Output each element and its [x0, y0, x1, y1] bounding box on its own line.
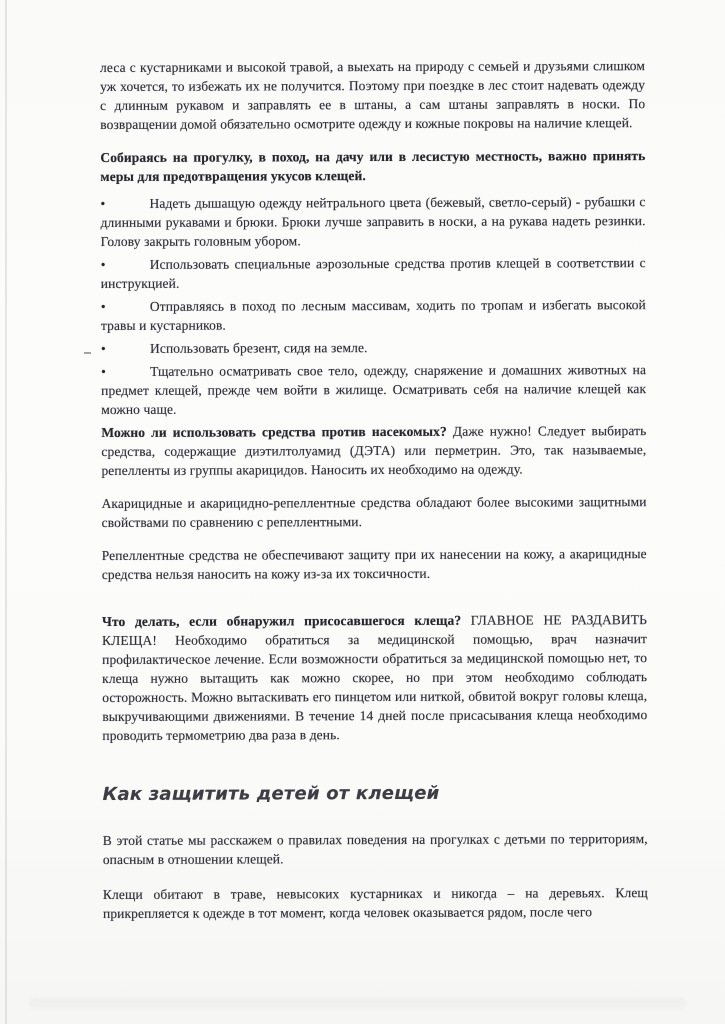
tick-question-lead: Что делать, если обнаружил присосавшегос… — [102, 613, 461, 629]
bullet-item: •Использовать брезент, сидя на земле. — [101, 337, 646, 358]
bullet-text: Надеть дышащую одежду нейтрального цвета… — [101, 194, 646, 249]
bullet-dot-icon: • — [101, 255, 150, 274]
bullet-text: Тщательно осматривать свое тело, одежду,… — [101, 362, 646, 417]
bullet-text: Использовать специальные аэрозольные сре… — [101, 255, 646, 291]
bullet-dot-icon: • — [101, 297, 150, 316]
scan-edge-artifact — [5, 0, 7, 1024]
paragraph-intro: леса с кустарниками и высокой травой, а … — [100, 56, 645, 134]
paragraph-acaricide: Акарицидные и акарицидно-репеллентные ср… — [102, 492, 647, 532]
bullet-item: •Надеть дышащую одежду нейтрального цвет… — [100, 192, 645, 251]
paragraph-article-intro: В этой статье мы расскажем о правилах по… — [103, 829, 648, 869]
bullet-text: Отправляясь в поход по лесным массивам, … — [101, 297, 646, 333]
bullet-item: •Отправляясь в поход по лесным массивам,… — [101, 295, 646, 335]
document-content: леса с кустарниками и высокой травой, а … — [100, 56, 648, 923]
scanned-document-page: леса с кустарниками и высокой травой, а … — [0, 0, 725, 1024]
bullet-dot-icon: • — [101, 339, 150, 358]
bullet-dot-icon: • — [101, 362, 150, 381]
paragraph-tick-habitat: Клещи обитают в траве, невысоких кустарн… — [103, 883, 648, 923]
section-heading-children: Как защитить детей от клещей — [103, 781, 648, 807]
bullet-dot-icon: • — [100, 194, 149, 213]
tick-question-answer: ГЛАВНОЕ НЕ РАЗДАВИТЬ КЛЕЩА! Необходимо о… — [102, 612, 647, 743]
paragraph-tick-question: Что делать, если обнаружил присосавшегос… — [102, 610, 647, 745]
bullet-text: Использовать брезент, сидя на земле. — [150, 340, 368, 356]
paragraph-insect-question: Можно ли использовать средства против на… — [101, 421, 646, 480]
bullet-item: •Использовать специальные аэрозольные ср… — [101, 253, 646, 293]
paragraph-precautions-heading: Собираясь на прогулку, в поход, на дачу … — [100, 146, 645, 186]
bullet-list: •Надеть дышащую одежду нейтрального цвет… — [100, 192, 646, 419]
bullet-item: •Тщательно осматривать свое тело, одежду… — [101, 360, 646, 419]
paragraph-repellent: Репеллентные средства не обеспечивают за… — [102, 544, 647, 584]
scan-stray-mark — [84, 352, 91, 354]
insect-question-lead: Можно ли использовать средства против на… — [101, 424, 447, 440]
scan-streak-artifact — [30, 998, 685, 1008]
